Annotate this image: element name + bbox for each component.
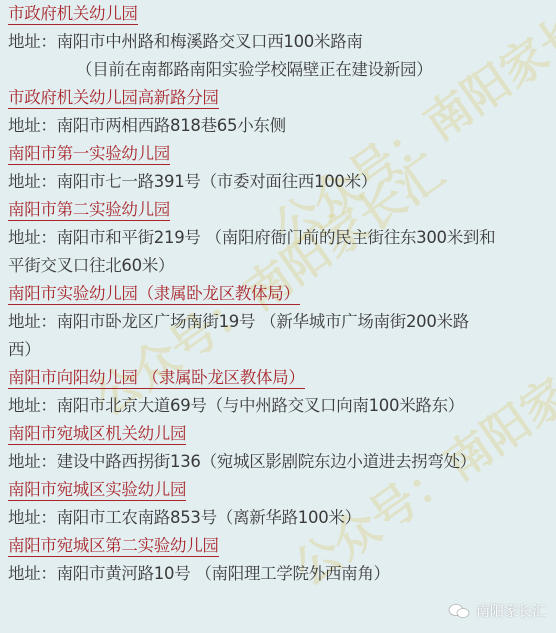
wechat-icon — [448, 603, 470, 619]
kindergarten-link[interactable]: 南阳市宛城区机关幼儿园 — [8, 424, 186, 445]
kindergarten-note: （目前在南都路南阳实验学校隔壁正在建设新园） — [8, 56, 552, 84]
kindergarten-list: 市政府机关幼儿园 地址：南阳市中州路和梅溪路交叉口西100米路南 （目前在南都路… — [8, 0, 552, 588]
kindergarten-address: 地址：南阳市卧龙区广场南街19号 （新华城市广场南街200米路 — [8, 308, 552, 336]
kindergarten-link[interactable]: 南阳市宛城区实验幼儿园 — [8, 480, 186, 501]
kindergarten-link[interactable]: 南阳市实验幼儿园（隶属卧龙区教体局） — [8, 284, 300, 305]
kindergarten-title: 南阳市宛城区实验幼儿园 — [8, 476, 552, 504]
kindergarten-address-continued: 西） — [8, 336, 552, 364]
kindergarten-address: 地址：建设中路西拐街136（宛城区影剧院东边小道进去拐弯处） — [8, 448, 552, 476]
kindergarten-title: 南阳市宛城区第二实验幼儿园 — [8, 532, 552, 560]
kindergarten-title: 南阳市宛城区机关幼儿园 — [8, 420, 552, 448]
kindergarten-link[interactable]: 市政府机关幼儿园 — [8, 4, 138, 25]
kindergarten-address: 地址：南阳市七一路391号（市委对面往西100米） — [8, 168, 552, 196]
brand-watermark: 南阳家长汇 — [448, 601, 546, 621]
brand-label: 南阳家长汇 — [476, 601, 546, 621]
kindergarten-title: 南阳市第二实验幼儿园 — [8, 196, 552, 224]
kindergarten-title: 市政府机关幼儿园高新路分园 — [8, 84, 552, 112]
kindergarten-link[interactable]: 南阳市宛城区第二实验幼儿园 — [8, 536, 219, 557]
kindergarten-address: 地址：南阳市北京大道69号（与中州路交叉口向南100米路东） — [8, 392, 552, 420]
kindergarten-title: 南阳市第一实验幼儿园 — [8, 140, 552, 168]
kindergarten-title: 市政府机关幼儿园 — [8, 0, 552, 28]
kindergarten-title: 南阳市向阳幼儿园 （隶属卧龙区教体局） — [8, 364, 552, 392]
kindergarten-address: 地址：南阳市工农南路853号（离新华路100米） — [8, 504, 552, 532]
kindergarten-address-continued: 平街交叉口往北60米） — [8, 252, 552, 280]
kindergarten-link[interactable]: 市政府机关幼儿园高新路分园 — [8, 88, 219, 109]
kindergarten-address: 地址：南阳市中州路和梅溪路交叉口西100米路南 — [8, 28, 552, 56]
kindergarten-address: 地址：南阳市黄河路10号 （南阳理工学院外西南角） — [8, 560, 552, 588]
kindergarten-address: 地址：南阳市和平街219号 （南阳府衙门前的民主街往东300米到和 — [8, 224, 552, 252]
kindergarten-link[interactable]: 南阳市第二实验幼儿园 — [8, 200, 170, 221]
kindergarten-link[interactable]: 南阳市第一实验幼儿园 — [8, 144, 170, 165]
kindergarten-address: 地址：南阳市两相西路818巷65小东侧 — [8, 112, 552, 140]
kindergarten-title: 南阳市实验幼儿园（隶属卧龙区教体局） — [8, 280, 552, 308]
kindergarten-link[interactable]: 南阳市向阳幼儿园 （隶属卧龙区教体局） — [8, 368, 305, 389]
